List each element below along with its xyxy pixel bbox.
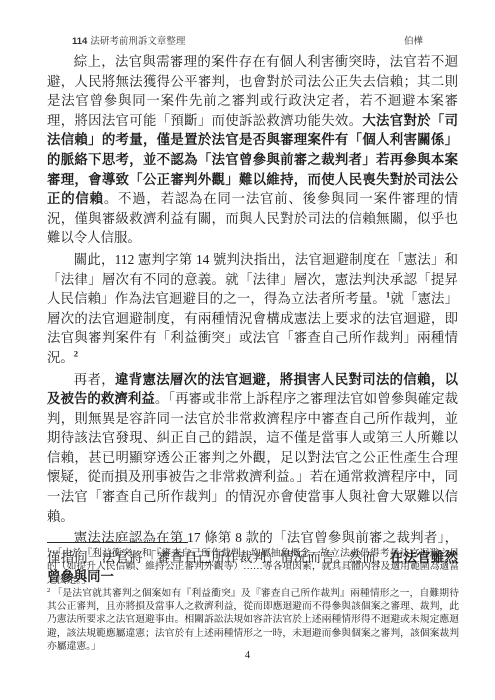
page-number: 4	[0, 650, 495, 661]
document-page: 114法研考前刑訴文章整理 伯樺 綜上，法官與需審理的案件存在有個人利害衝突時，…	[0, 0, 495, 700]
footnote-marker: 1	[47, 547, 50, 554]
footnote: 2「是法官就其審判之個案如有『利益衝突』及『審查自己所作裁判』兩種情形之一，自難…	[47, 587, 459, 653]
footnote-text: 「由於『利益衝突』和『審查自己所作裁判』均屬抽象概念，故立法者仍得考量法官迴避之…	[47, 548, 459, 586]
document-body: 綜上，法官與需審理的案件存在有個人利害衝突時，法官若不迴避，人民將無法獲得公平審…	[47, 52, 458, 589]
footnote-marker: 2	[47, 587, 50, 594]
text-segment: 。不過，若認為在同一法官前、後參與同一案件審理的情況，僅與審級救濟利益有關，而與…	[47, 191, 458, 245]
paragraph: 關此，112 憲判字第 14 號判決指出，法官迴避制度在「憲法」和「法律」層次有…	[47, 250, 458, 368]
footnote: 1「由於『利益衝突』和『審查自己所作裁判』均屬抽象概念，故立法者仍得考量法官迴避…	[47, 547, 459, 587]
paragraph: 再者，違背憲法層次的法官迴避，將損害人民對司法的信賴，以及被告的救濟利益。「再審…	[47, 370, 458, 527]
text-segment: 。「再審或非常上訴程序之審理法官如曾參與確定裁判，則無異是容許同一法官於非常救濟…	[47, 391, 458, 524]
footnote-ref: 2	[74, 348, 78, 358]
text-segment: 再者，	[74, 372, 115, 387]
header-course-number: 114	[72, 36, 87, 47]
page-header: 114法研考前刑訴文章整理 伯樺	[72, 33, 423, 47]
paragraph: 綜上，法官與需審理的案件存在有個人利害衝突時，法官若不迴避，人民將無法獲得公平審…	[47, 52, 458, 248]
footnote-separator	[47, 542, 188, 543]
header-title-text: 法研考前刑訴文章整理	[90, 37, 185, 47]
header-title: 114法研考前刑訴文章整理	[72, 33, 185, 47]
header-author: 伯樺	[404, 33, 423, 47]
footnotes-list: 1「由於『利益衝突』和『審查自己所作裁判』均屬抽象概念，故立法者仍得考量法官迴避…	[47, 547, 459, 653]
footnote-text: 「是法官就其審判之個案如有『利益衝突』及『審查自己所作裁判』兩種情形之一，自難期…	[47, 588, 459, 652]
